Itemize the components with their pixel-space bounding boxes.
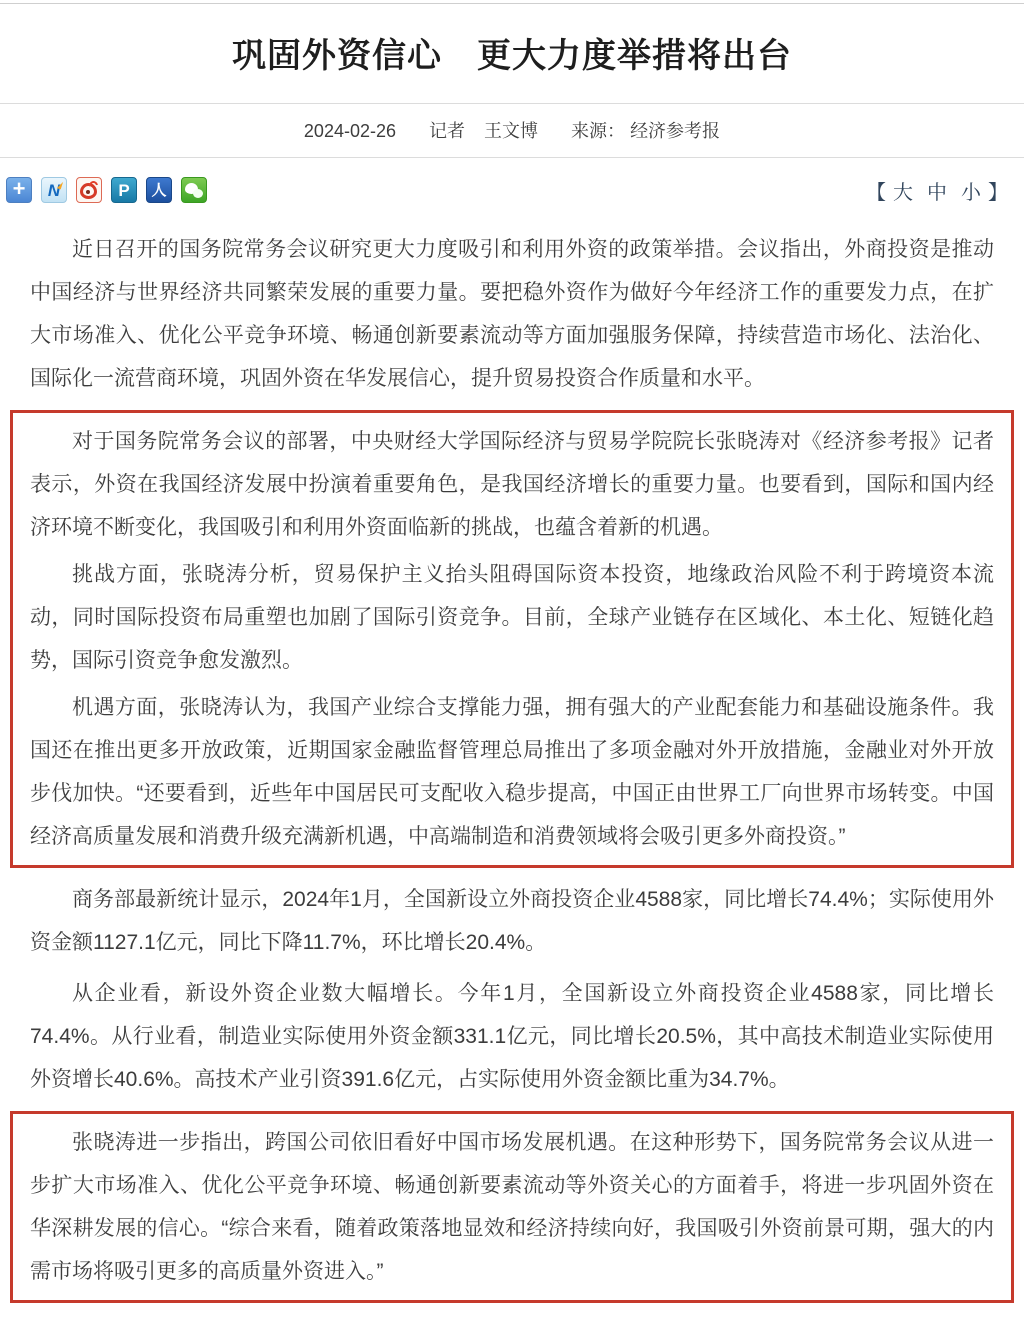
- reporter-name: 王文博: [484, 121, 538, 141]
- font-size-large[interactable]: 大: [893, 182, 913, 204]
- title-section: 巩固外资信心 更大力度举措将出台: [0, 4, 1024, 103]
- article-paragraph: 机遇方面，张晓涛认为，我国产业综合支撑能力强，拥有强大的产业配套能力和基础设施条…: [30, 686, 994, 858]
- netease-icon-glyph: N: [48, 182, 60, 199]
- source-name: 经济参考报: [630, 121, 720, 141]
- highlighted-block: 张晓涛进一步指出，跨国公司依旧看好中国市场发展机遇。在这种形势下，国务院常务会议…: [10, 1111, 1014, 1303]
- sina-weibo-icon[interactable]: [76, 177, 102, 203]
- article-paragraph: 挑战方面，张晓涛分析，贸易保护主义抬头阻碍国际资本投资，地缘政治风险不利于跨境资…: [30, 553, 994, 682]
- pengyou-icon[interactable]: P: [111, 177, 137, 203]
- wechat-icon[interactable]: [181, 177, 207, 203]
- bracket-close: 】: [988, 182, 1008, 204]
- netease-icon[interactable]: N: [41, 177, 67, 203]
- pengyou-icon-glyph: P: [118, 182, 129, 199]
- font-size-controls: 【大中小】: [866, 176, 1012, 205]
- reporter-label: 记者: [429, 121, 465, 141]
- article-body: 近日召开的国务院常务会议研究更大力度吸引和利用外资的政策举措。会议指出，外商投资…: [10, 228, 1014, 1337]
- article-paragraph: 张晓涛进一步指出，跨国公司依旧看好中国市场发展机遇。在这种形势下，国务院常务会议…: [30, 1121, 994, 1293]
- article-paragraph: 近日召开的国务院常务会议研究更大力度吸引和利用外资的政策举措。会议指出，外商投资…: [10, 228, 1014, 400]
- font-size-medium[interactable]: 中: [927, 182, 947, 204]
- article-page: 巩固外资信心 更大力度举措将出台 2024-02-26 记者 王文博 来源： 经…: [0, 3, 1024, 1337]
- article-paragraph: 从企业看，新设外资企业数大幅增长。今年1月，全国新设立外商投资企业4588家，同…: [10, 972, 1014, 1101]
- page-title: 巩固外资信心 更大力度举措将出台: [20, 28, 1004, 77]
- toolbar: +NP人 【大中小】: [0, 158, 1024, 204]
- article-date: 2024-02-26: [304, 121, 396, 141]
- bracket-open: 【: [866, 182, 886, 204]
- article-paragraph: 对于国务院常务会议的部署，中央财经大学国际经济与贸易学院院长张晓涛对《经济参考报…: [30, 420, 994, 549]
- renren-icon-glyph: 人: [151, 183, 166, 198]
- share-more-icon[interactable]: +: [6, 177, 32, 203]
- article-meta: 2024-02-26 记者 王文博 来源： 经济参考报: [0, 104, 1024, 157]
- font-size-small[interactable]: 小: [961, 182, 981, 204]
- share-toolbar: +NP人: [6, 177, 207, 203]
- sina-weibo-icon-glyph: [87, 179, 100, 192]
- renren-icon[interactable]: 人: [146, 177, 172, 203]
- article-paragraph: 商务部最新统计显示，2024年1月，全国新设立外商投资企业4588家，同比增长7…: [10, 878, 1014, 964]
- share-more-icon-glyph: +: [13, 178, 26, 200]
- source-label: 来源：: [571, 121, 625, 141]
- highlighted-block: 对于国务院常务会议的部署，中央财经大学国际经济与贸易学院院长张晓涛对《经济参考报…: [10, 410, 1014, 868]
